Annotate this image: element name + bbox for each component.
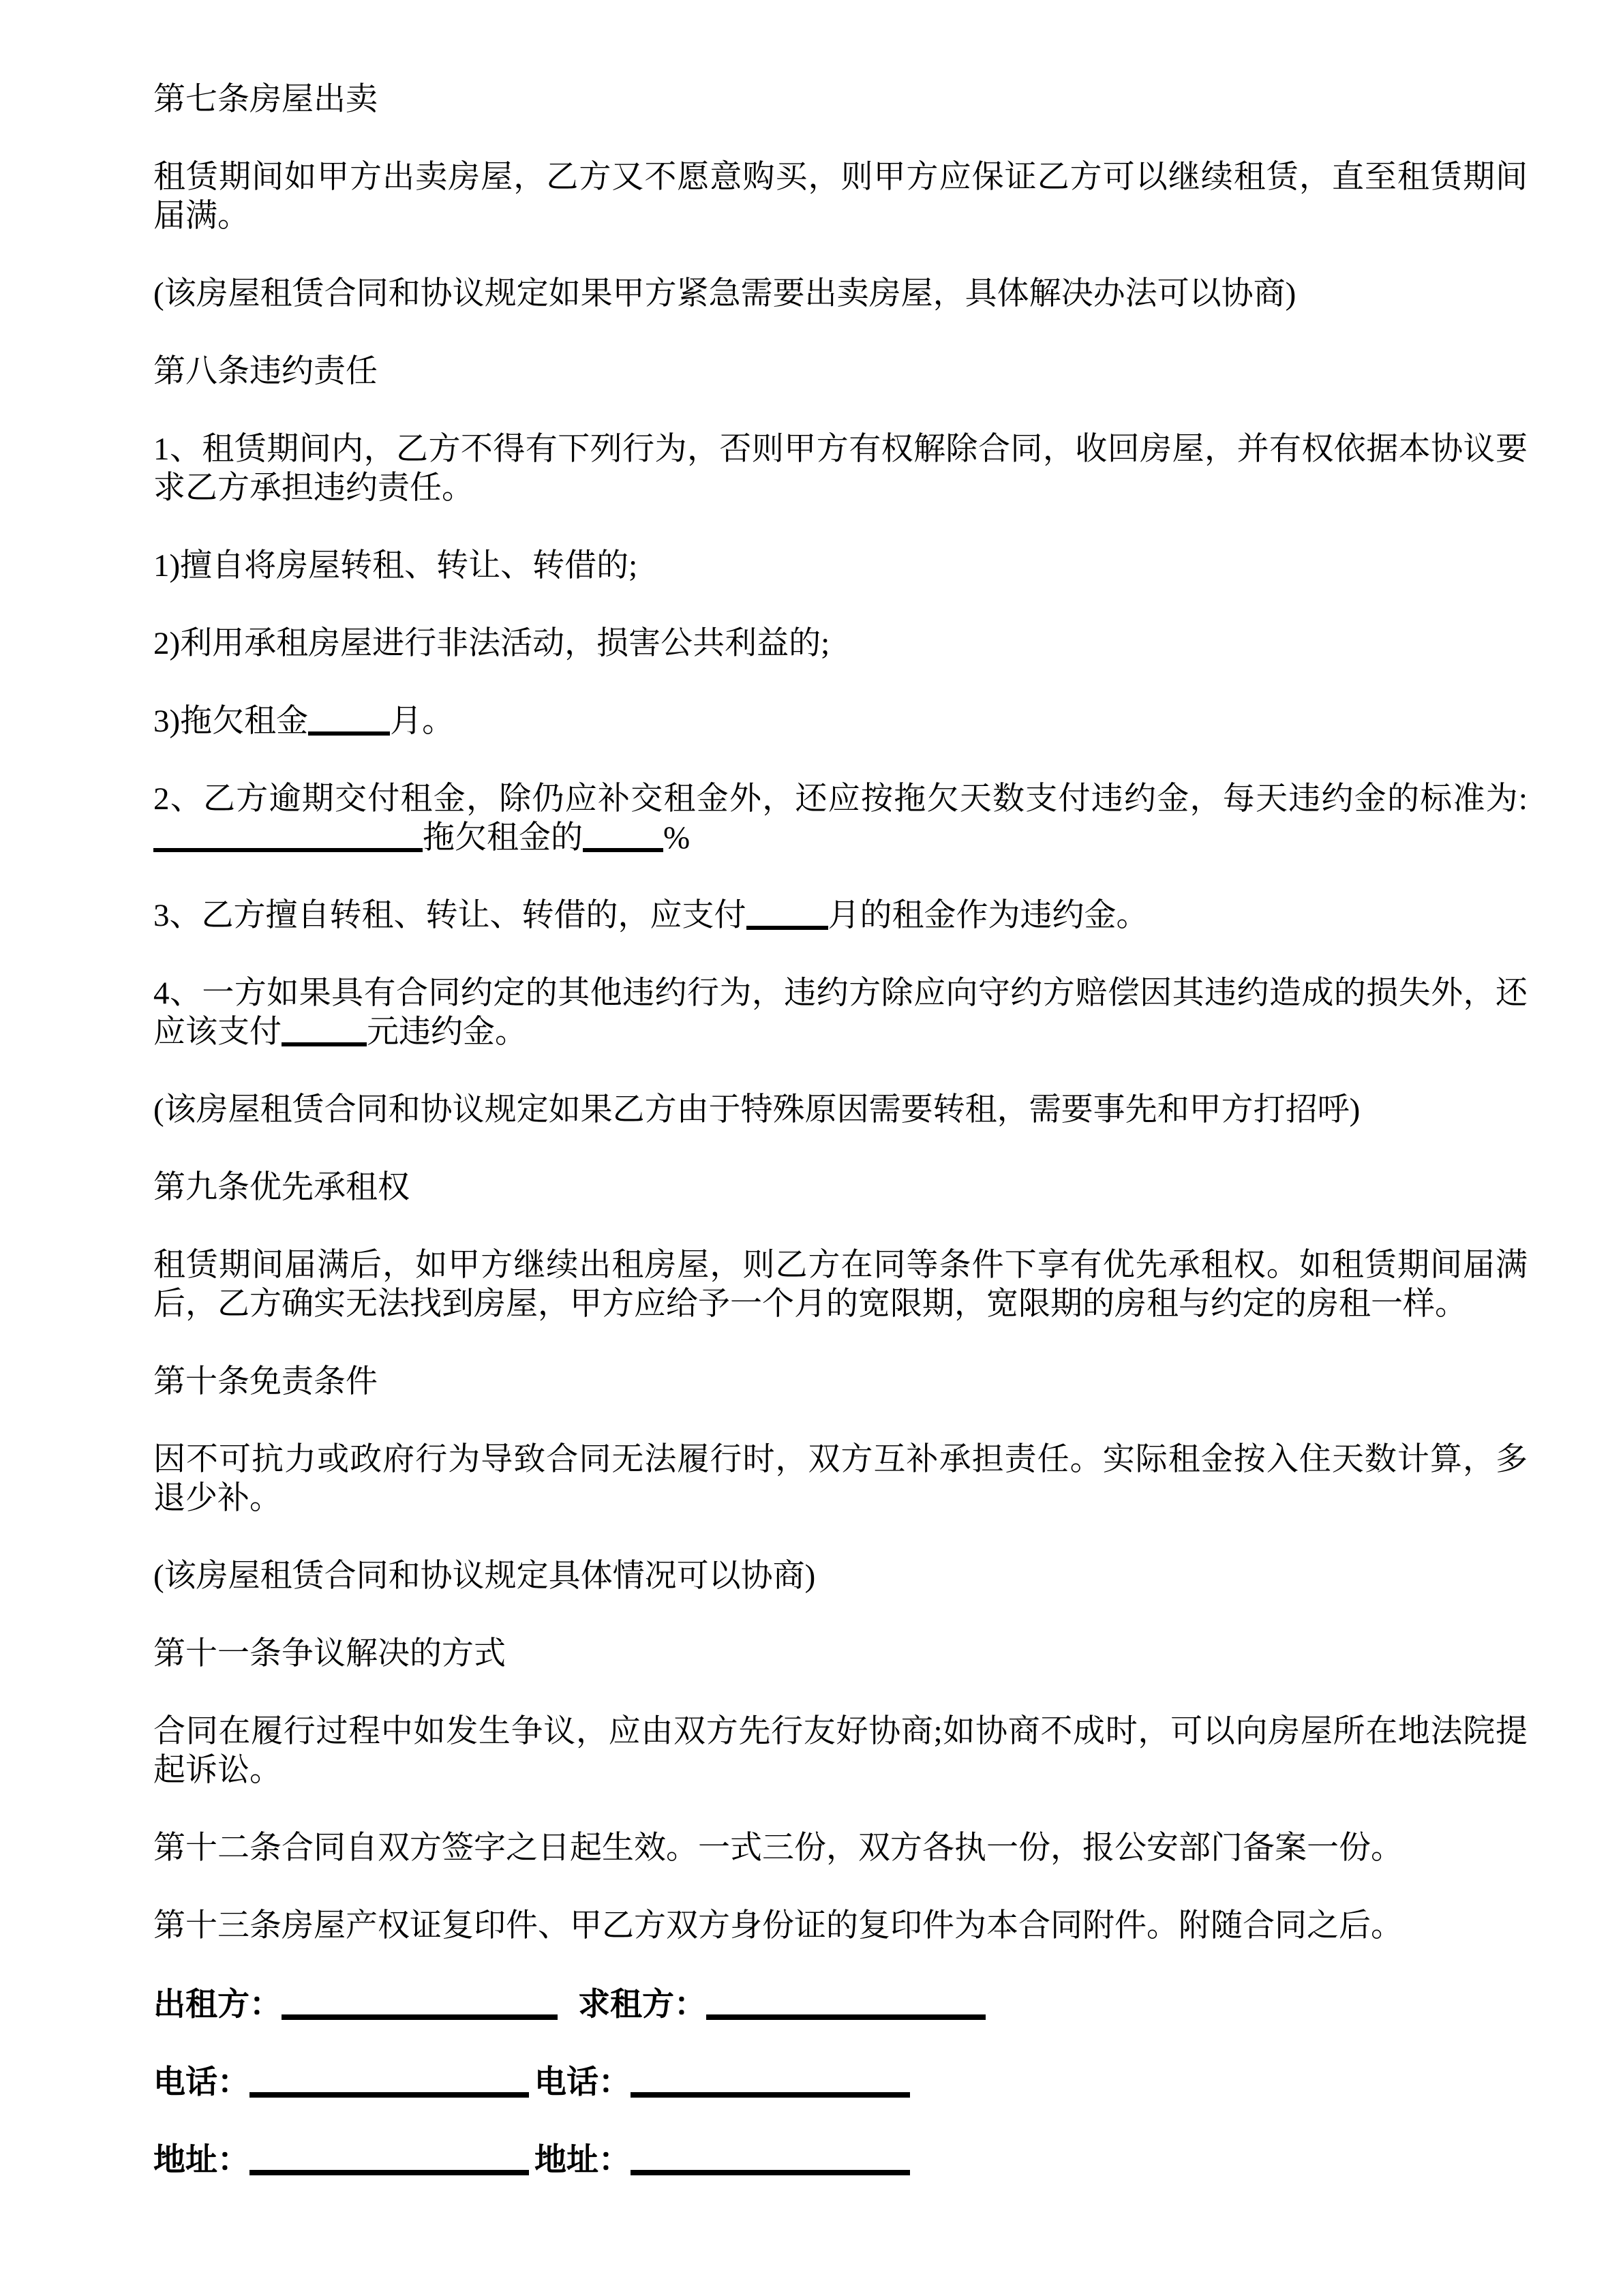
clause-7-title: 第七条房屋出卖: [153, 80, 1528, 119]
lessee-address-label: 地址：: [534, 2141, 631, 2177]
clause-8-note: (该房屋租赁合同和协议规定如果乙方由于特殊原因需要转租，需要事先和甲方打招呼): [153, 1091, 1528, 1130]
blank-lessor-phone: [249, 2065, 529, 2098]
clause-10-body-line-1: 因不可抗力或政府行为导致合同无法履行时，双方互补承担责任。实际租金按入住天数计算…: [153, 1440, 1528, 1479]
clause-7-note: (该房屋租赁合同和协议规定如果甲方紧急需要出卖房屋，具体解决办法可以协商): [153, 275, 1528, 314]
clause-8-sub-3-post: 月。: [390, 704, 454, 739]
clause-7-title-text: 第七条房屋出卖: [153, 80, 1528, 119]
clause-11-body-line-1: 合同在履行过程中如发生争议，应由双方先行友好协商;如协商不成时，可以向房屋所在地…: [153, 1712, 1528, 1751]
lessor-phone-label: 电话：: [153, 2064, 249, 2100]
clause-8-item-4-line-2: 应该支付元违约金。: [153, 1013, 1528, 1052]
clause-8-item-1: 1、租赁期间内，乙方不得有下列行为，否则甲方有权解除合同，收回房屋，并有权依据本…: [153, 430, 1528, 508]
clause-8-item-3-line: 3、乙方擅自转租、转让、转借的，应支付月的租金作为违约金。: [153, 896, 1528, 935]
blank-overdue-months: [308, 704, 390, 736]
blank-lessor-address: [249, 2143, 529, 2175]
clause-10-title: 第十条免责条件: [153, 1363, 1528, 1402]
clause-13-text: 第十三条房屋产权证复印件、甲乙方双方身份证的复印件为本合同附件。附随合同之后。: [153, 1907, 1528, 1946]
clause-8-note-text: (该房屋租赁合同和协议规定如果乙方由于特殊原因需要转租，需要事先和甲方打招呼): [153, 1091, 1528, 1130]
clause-8-item-4: 4、一方如果具有合同约定的其他违约行为，违约方除应向守约方赔偿因其违约造成的损失…: [153, 974, 1528, 1052]
clause-8-sub-2-text: 2)利用承租房屋进行非法活动，损害公共利益的;: [153, 624, 1528, 663]
clause-8-item-4-pre: 应该支付: [153, 1014, 282, 1050]
lessor-address-label: 地址：: [153, 2141, 249, 2177]
clause-9-title-text: 第九条优先承租权: [153, 1168, 1528, 1207]
clause-8-item-2-mid: 拖欠租金的: [423, 820, 583, 856]
blank-lessee-address: [631, 2143, 910, 2175]
clause-8-sub-1: 1)擅自将房屋转租、转让、转借的;: [153, 547, 1528, 586]
clause-8-item-2: 2、乙方逾期交付租金，除仍应补交租金外，还应按拖欠天数支付违约金，每天违约金的标…: [153, 780, 1528, 858]
clause-10-body-line-2: 退少补。: [153, 1479, 1528, 1518]
clause-9-title: 第九条优先承租权: [153, 1168, 1528, 1207]
blank-sublet-months: [746, 898, 828, 930]
clause-9-body-line-1: 租赁期间届满后，如甲方继续出租房屋，则乙方在同等条件下享有优先承租权。如租赁期间…: [153, 1246, 1528, 1285]
clause-12-text: 第十二条合同自双方签字之日起生效。一式三份，双方各执一份，报公安部门备案一份。: [153, 1829, 1528, 1868]
clause-11-title: 第十一条争议解决的方式: [153, 1635, 1528, 1674]
clause-7-body: 租赁期间如甲方出卖房屋，乙方又不愿意购买，则甲方应保证乙方可以继续租赁，直至租赁…: [153, 158, 1528, 236]
clause-8-item-3-pre: 3、乙方擅自转租、转让、转借的，应支付: [153, 898, 746, 933]
document-page: 第七条房屋出卖 租赁期间如甲方出卖房屋，乙方又不愿意购买，则甲方应保证乙方可以继…: [0, 0, 1623, 2296]
clause-8-item-2-line-2: 拖欠租金的%: [153, 819, 1528, 858]
clause-11-body-line-2: 起诉讼。: [153, 1751, 1528, 1790]
clause-8-sub-1-text: 1)擅自将房屋转租、转让、转借的;: [153, 547, 1528, 586]
clause-11-title-text: 第十一条争议解决的方式: [153, 1635, 1528, 1674]
lessee-label: 求租方：: [578, 1986, 706, 2022]
clause-8-sub-2: 2)利用承租房屋进行非法活动，损害公共利益的;: [153, 624, 1528, 663]
clause-9-body: 租赁期间届满后，如甲方继续出租房屋，则乙方在同等条件下享有优先承租权。如租赁期间…: [153, 1246, 1528, 1324]
clause-8-item-4-line-1: 4、一方如果具有合同约定的其他违约行为，违约方除应向守约方赔偿因其违约造成的损失…: [153, 974, 1528, 1013]
clause-8-sub-3: 3)拖欠租金月。: [153, 702, 1528, 741]
clause-7-note-text: (该房屋租赁合同和协议规定如果甲方紧急需要出卖房屋，具体解决办法可以协商): [153, 275, 1528, 314]
lessor-label: 出租方：: [153, 1986, 282, 2022]
clause-10-note-text: (该房屋租赁合同和协议规定具体情况可以协商): [153, 1557, 1528, 1596]
blank-lessee-name: [706, 1987, 986, 2020]
signature-parties-row: 出租方：求租方：: [153, 1984, 1528, 2023]
blank-penalty-amount: [282, 1015, 367, 1046]
clause-10-body: 因不可抗力或政府行为导致合同无法履行时，双方互补承担责任。实际租金按入住天数计算…: [153, 1440, 1528, 1518]
signature-phone-row: 电话：电话：: [153, 2062, 1528, 2101]
clause-10-title-text: 第十条免责条件: [153, 1363, 1528, 1402]
clause-12: 第十二条合同自双方签字之日起生效。一式三份，双方各执一份，报公安部门备案一份。: [153, 1829, 1528, 1868]
blank-penalty-percent: [583, 821, 663, 852]
clause-8-item-2-end: %: [663, 820, 690, 856]
clause-8-item-4-post: 元违约金。: [367, 1014, 527, 1050]
clause-8-sub-3-pre: 3)拖欠租金: [153, 704, 308, 739]
clause-8-item-3: 3、乙方擅自转租、转让、转借的，应支付月的租金作为违约金。: [153, 896, 1528, 935]
clause-11-body: 合同在履行过程中如发生争议，应由双方先行友好协商;如协商不成时，可以向房屋所在地…: [153, 1712, 1528, 1790]
blank-penalty-base: [153, 821, 423, 852]
clause-8-title-text: 第八条违约责任: [153, 352, 1528, 391]
clause-8-sub-3-line: 3)拖欠租金月。: [153, 702, 1528, 741]
clause-8-item-1-line-1: 1、租赁期间内，乙方不得有下列行为，否则甲方有权解除合同，收回房屋，并有权依据本…: [153, 430, 1528, 469]
signature-address-row: 地址：地址：: [153, 2140, 1528, 2179]
clause-13: 第十三条房屋产权证复印件、甲乙方双方身份证的复印件为本合同附件。附随合同之后。: [153, 1907, 1528, 1946]
clause-7-body-line-1: 租赁期间如甲方出卖房屋，乙方又不愿意购买，则甲方应保证乙方可以继续租赁，直至租赁…: [153, 158, 1528, 197]
lessee-phone-label: 电话：: [534, 2064, 631, 2100]
clause-8-item-2-line-1: 2、乙方逾期交付租金，除仍应补交租金外，还应按拖欠天数支付违约金，每天违约金的标…: [153, 780, 1528, 819]
clause-8-title: 第八条违约责任: [153, 352, 1528, 391]
blank-lessee-phone: [631, 2065, 910, 2098]
clause-9-body-line-2: 后，乙方确实无法找到房屋，甲方应给予一个月的宽限期，宽限期的房租与约定的房租一样…: [153, 1285, 1528, 1324]
clause-10-note: (该房屋租赁合同和协议规定具体情况可以协商): [153, 1557, 1528, 1596]
blank-lessor-name: [282, 1987, 558, 2020]
clause-8-item-3-post: 月的租金作为违约金。: [828, 898, 1149, 933]
clause-8-item-1-line-2: 求乙方承担违约责任。: [153, 469, 1528, 508]
clause-7-body-line-2: 届满。: [153, 197, 1528, 236]
